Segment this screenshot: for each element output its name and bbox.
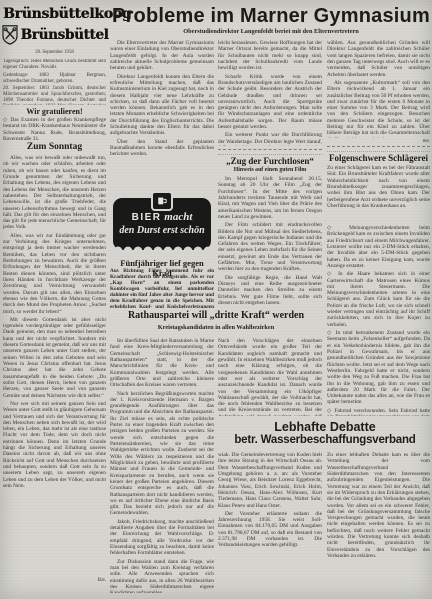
- gymnasium-para: Die Elternvertreter des Marner Gymnasium…: [110, 40, 214, 72]
- masthead-title-line1: Brünsbüttelkoog: [3, 6, 106, 22]
- rathaus-para: Nach herzlichen Begrüßungsworten machte …: [110, 391, 214, 517]
- debatte-body-col1: wiak. Die Gemeindevertretung von Kuden h…: [218, 452, 322, 595]
- film-headline: „Zug der Furchtlosen“: [218, 156, 322, 166]
- beer-advertisement: BIER macht den Durst erst schön: [113, 198, 211, 250]
- gratulieren-text: ◇ Das Examen in der großen Krankenpflege…: [3, 117, 106, 140]
- ad-emblem: [151, 191, 173, 211]
- news-brief-item: ◇ In total betrunkenem Zustand wurde ein…: [327, 330, 430, 406]
- film-para: Die sorgfältige Regie, die Hand Walt Dis…: [218, 275, 322, 306]
- masthead-title-line2: Brünsbüttel: [21, 27, 109, 43]
- rathaus-subheadline: Kreistagskandidaten in allen Wahlbezirke…: [110, 324, 322, 331]
- tagesspruch: Tagesspruch: Jedes Menschen Glück bestim…: [3, 59, 106, 71]
- debatte-para: Der Vorsteher erläuterte sodann die Jahr…: [218, 511, 322, 549]
- gratulieren-body: ◇ Das Examen in der großen Krankenpflege…: [3, 117, 106, 140]
- sonntag-headline: Zum Sonntag: [3, 142, 106, 152]
- gedenktage-list: 20. September: 1863 Jacob Grimm, deutsch…: [3, 86, 106, 105]
- gymnasium-body-col2: leicht herauslesen. Gewisse Hoffnungen h…: [218, 40, 322, 146]
- sonntag-para: Mit diesem Gottesdank ist aber nicht irg…: [3, 317, 106, 399]
- schlaegerei-body: Zu einer Schlägerei kam es bei der Fähra…: [327, 165, 430, 221]
- gymnasium-para: Direktor Langenfeldt konnte den Eltern d…: [110, 74, 214, 137]
- coat-of-arms-icon: [1, 24, 19, 45]
- film-para: Der Film schildert mit eindrucksvollen B…: [218, 222, 322, 273]
- gymnasium-subheadline: Oberstudiendirektor Langenfeldt beriet m…: [110, 28, 432, 35]
- news-briefs: ◇ Meinungsverschiedenheiten beim Brücken…: [327, 225, 430, 416]
- rathaus-para: Im überfüllten Saal der Ratsstuben in Ma…: [110, 338, 214, 389]
- debatte-headline-line1: Lebhafte Debatte: [218, 420, 432, 434]
- sonntag-body: Alles, was wir bewußt oder unbewußt tun,…: [3, 155, 106, 575]
- masthead-date: 20. September 1958: [3, 50, 106, 55]
- film-para: Im Metropol läuft Sonnabend 20.15, Sonnt…: [218, 176, 322, 220]
- gymnasium-body-col1: Die Elternvertreter des Marner Gymnasium…: [110, 40, 214, 193]
- ad-brand: BIER: [132, 212, 162, 223]
- ad-word: macht: [162, 211, 193, 223]
- krad-body: Aus Richtung Fähre kommend fuhr ein Krad…: [110, 268, 214, 308]
- sonntag-para: Alles, was wir zur Eindämmung oder gar z…: [3, 233, 106, 315]
- gymnasium-signature: me.: [327, 139, 430, 144]
- gymnasium-para: leicht herauslesen. Gewisse Hoffnungen h…: [218, 40, 322, 72]
- gedenktage: Gedenktage: 1883 Hjalmar Bergman, schwed…: [3, 73, 106, 85]
- news-brief-item: ◇ Fahrrad verschwunden. Sein Fahrrad hat…: [327, 408, 430, 416]
- gymnasium-para: Über den Stand der geplanten Baumaßnahme…: [110, 139, 214, 158]
- debatte-para: Zu einer lebhaften Debatte kam es über d…: [327, 452, 430, 559]
- sonntag-para: Nur wer sich mit seinem ganzen Sein und …: [3, 401, 106, 489]
- schlaegerei-text: Zu einer Schlägerei kam es bei der Fähra…: [327, 165, 430, 209]
- gymnasium-headline: Probleme im Marner Gymnasium: [110, 5, 432, 28]
- gratulieren-headline: Wir gratulieren!: [3, 107, 106, 116]
- debatte-para: wiak. Die Gemeindevertretung von Kuden h…: [218, 452, 322, 509]
- newspaper-page: Brünsbüttelkoog Brünsbüttel 20. Septembe…: [0, 0, 432, 599]
- gymnasium-para: wählen. Aus gesundheitlichen Gründen wil…: [327, 40, 430, 78]
- gymnasium-body-col3: wählen. Aus gesundheitlichen Gründen wil…: [327, 40, 430, 138]
- sonntag-para: Alles, was wir bewußt oder unbewußt tun,…: [3, 155, 106, 231]
- rathaus-para: Jakob, Friedrichskoog, machte anschließe…: [110, 519, 214, 557]
- news-brief-item: ◇ Meinungsverschiedenheiten beim Brücken…: [327, 225, 430, 269]
- rathaus-body-col1: Im überfüllten Saal der Ratsstuben in Ma…: [110, 338, 214, 593]
- masthead-meta: Tagesspruch: Jedes Menschen Glück bestim…: [3, 59, 106, 105]
- rathaus-para: Nach den Vorschlägen der einzelnen Ortsv…: [218, 338, 322, 416]
- film-subheadline: Hinweis auf einen guten Film: [218, 167, 322, 173]
- wavy-separator: [218, 149, 322, 155]
- krad-text: Aus Richtung Fähre kommend fuhr ein Krad…: [110, 268, 214, 308]
- film-body: Im Metropol läuft Sonnabend 20.15, Sonnt…: [218, 176, 322, 306]
- ad-scalloped-edge: [113, 245, 211, 252]
- masthead-row: Brünsbüttel: [3, 24, 106, 45]
- schlaegerei-headline: Folgenschwere Schlägerei: [327, 153, 430, 163]
- gymnasium-para: Scharfe Kritik wurde von einem Brandschu…: [218, 74, 322, 131]
- news-brief-item: ◇ In die Haare bekamen sich in einer Gar…: [327, 271, 430, 328]
- beer-mug-icon: [157, 196, 167, 206]
- debatte-body-col2: Zu einer lebhaften Debatte kam es über d…: [327, 452, 430, 595]
- gymnasium-para: Ein weiterer Punkt war die Durchführung …: [218, 132, 322, 146]
- rathaus-headline: Rathauspartei will „dritte Kraft“ werden: [110, 310, 322, 321]
- debatte-headline-line2: betr. Wasserbeschaffungsverband: [218, 434, 432, 446]
- ad-text-line1: BIER macht: [113, 211, 211, 223]
- sonntag-signature: Bzt.: [3, 578, 106, 583]
- gymnasium-para: Als sogenannte „Kulturmark“ soll von den…: [327, 80, 430, 138]
- rathaus-para: Zur Diskussion stand dann die Frage, wie…: [110, 559, 214, 593]
- ad-text-line2: den Durst erst schön: [113, 225, 211, 236]
- rathaus-body-col2: Nach den Vorschlägen der einzelnen Ortsv…: [218, 338, 322, 416]
- wavy-separator: [327, 146, 430, 152]
